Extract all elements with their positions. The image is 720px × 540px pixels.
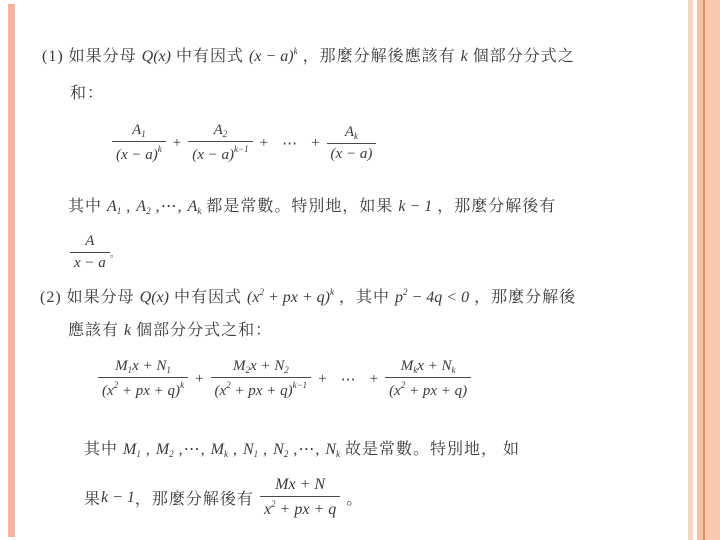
text-run: , [258,441,273,458]
statement-2-constants-note: 其中 M1 , M2 ,⋯, Mk , N1 , N2 ,⋯, Nk 故是常數。… [84,440,520,461]
math-operator: + [260,135,268,152]
text-run: k [354,131,358,141]
text-run: M [123,441,136,458]
text-run: 1 [141,129,146,139]
fraction-denominator: (x − a) [327,143,377,163]
text-run: 都是常數。特別地，如果 [201,198,398,215]
math-operator: ⋯ [341,370,356,389]
text-run: + px + q) [118,383,180,399]
statement-1-line-2: 和： [70,84,104,105]
statement-2-line-1: (2) 如果分母 Q(x) 中有因式 (x2 + px + q)k ，其中 p2… [40,287,576,309]
text-run: A [345,124,354,140]
text-run: ,⋯, [288,441,325,458]
fraction-denominator: (x − a)k−1 [188,141,252,164]
text-run: x − a [74,255,106,271]
text-run: Q(x) [142,48,171,65]
right-border-fill [705,0,720,540]
text-run: + px + q [276,501,337,518]
text-run: 其中 [84,441,123,458]
text-run: Mx + N [275,476,325,493]
fraction-numerator: A1 [124,122,154,141]
text-run: 。 [110,245,120,260]
fraction: Ax − a [70,233,110,272]
text-run: k [158,144,162,154]
text-run: 。 [346,486,363,509]
text-run: k−1 [234,144,249,154]
text-run: x [264,501,271,518]
fraction-denominator: x2 + px + q [260,496,340,519]
formula-quadratic-partial-fractions: M1x + N1(x2 + px + q)k+M2x + N2(x2 + px … [98,358,471,400]
text-run: ,⋯, [174,441,211,458]
text-run: A [107,198,117,215]
formula-simple-linear-fraction: Ax − a。 [70,233,120,272]
left-border-stripe [8,4,15,537]
text-run: k [180,380,184,390]
text-run: k − 1 [398,198,432,215]
math-operator: ⋯ [282,134,297,153]
text-run: k [461,48,468,65]
text-run: ，那麼分解後有 [135,486,254,509]
text-run: k − 1 [101,489,135,507]
text-run: (x [102,383,114,399]
text-run: − 4q < 0 [407,289,469,306]
text-run: 個部分分式之 [468,48,575,65]
text-run: N [325,441,336,458]
fraction-denominator: x − a [70,252,110,272]
text-run: A [136,198,146,215]
fraction-numerator: A [77,233,102,252]
fraction-denominator: (x2 + px + q) [385,377,471,400]
text-run: x + N [132,358,166,374]
text-run: (x [215,383,227,399]
text-run: 2 [223,129,228,139]
fraction: M1x + N1(x2 + px + q)k [98,358,188,400]
text-run: 個部分分式之和： [131,322,272,339]
text-run: (x − a) [249,48,294,65]
text-run: 中有因式 [169,289,247,306]
text-run: , [228,441,243,458]
fraction-numerator: M2x + N2 [225,358,297,377]
text-run: + px + q) [231,383,293,399]
text-run: 中有因式 [171,48,249,65]
slide: (1) 如果分母 Q(x) 中有因式 (x − a)k ，那麼分解後應該有 k … [0,0,720,540]
fraction: Mkx + Nk(x2 + px + q) [385,358,471,400]
text-run: ，其中 [334,289,395,306]
math-operator: + [370,371,378,388]
text-run: N [273,441,284,458]
text-run: A [214,122,223,138]
text-run: ，那麼分解後應該有 [298,48,461,65]
text-run: (x [389,383,401,399]
fraction-numerator: Mkx + Nk [393,358,464,377]
fraction-denominator: (x2 + px + q)k−1 [211,377,312,400]
text-run: (1) 如果分母 [42,48,142,65]
text-run: 果 [84,486,101,509]
text-run: N [243,441,254,458]
statement-2-line-2: 應該有 k 個部分分式之和： [68,321,272,342]
text-run: M [401,358,414,374]
fraction-numerator: A2 [206,122,236,141]
text-run: A [132,122,141,138]
text-run: 2 [284,365,289,375]
text-run: p [395,289,403,306]
statement-1-line-1: (1) 如果分母 Q(x) 中有因式 (x − a)k ，那麼分解後應該有 k … [42,46,575,68]
fraction: A1(x − a)k [112,122,166,164]
statement-1-constants-note: 其中 A1 , A2 ,⋯, Ak 都是常數。特別地，如果 k − 1 ，那麼分… [68,197,556,218]
text-run: M [115,358,128,374]
text-run: M [156,441,169,458]
text-run: ，那麼分解後 [469,289,576,306]
text-run: M [211,441,224,458]
text-run: (x [247,289,259,306]
text-run: (x − a) [192,147,234,163]
fraction-denominator: (x2 + px + q)k [98,377,188,400]
text-run: + px + q) [264,289,330,306]
right-border-stripe-pale [688,0,693,540]
text-run: Q(x) [140,289,169,306]
formula-linear-partial-fractions: A1(x − a)k+A2(x − a)k−1+⋯+Ak(x − a) [112,122,376,164]
text-run: 和： [70,85,104,102]
fraction-numerator: M1x + N1 [107,358,179,377]
text-run: (2) 如果分母 [40,289,140,306]
text-run: x + N [417,358,451,374]
text-run: , [121,198,136,215]
fraction: Mx + Nx2 + px + q [260,476,340,519]
text-run: k−1 [293,380,308,390]
text-run: (x − a) [331,146,373,162]
text-run: (x − a) [116,147,158,163]
text-run: , [141,441,156,458]
text-run: M [233,358,246,374]
fraction-numerator: Ak [337,124,366,143]
statement-2-last-line: 果 k − 1 ，那麼分解後有Mx + Nx2 + px + q 。 [84,476,363,519]
math-operator: + [173,135,181,152]
text-run: 其中 [68,198,107,215]
fraction: A2(x − a)k−1 [188,122,252,164]
text-run: 應該有 [68,322,124,339]
fraction-denominator: (x − a)k [112,141,166,164]
text-run: 故是常數。特別地， 如 [340,441,520,458]
text-run: A [188,198,198,215]
fraction: Ak(x − a) [327,124,377,163]
text-run: A [85,233,94,249]
text-run: + px + q) [405,383,467,399]
math-operator: + [195,371,203,388]
text-run: ,⋯, [151,198,188,215]
math-operator: + [311,135,319,152]
text-run: ，那麼分解後有 [432,198,556,215]
fraction: M2x + N2(x2 + px + q)k−1 [211,358,312,400]
math-operator: + [318,371,326,388]
text-run: k [452,365,456,375]
fraction-numerator: Mx + N [267,476,333,496]
text-run: x + N [250,358,284,374]
text-run: 1 [166,365,171,375]
